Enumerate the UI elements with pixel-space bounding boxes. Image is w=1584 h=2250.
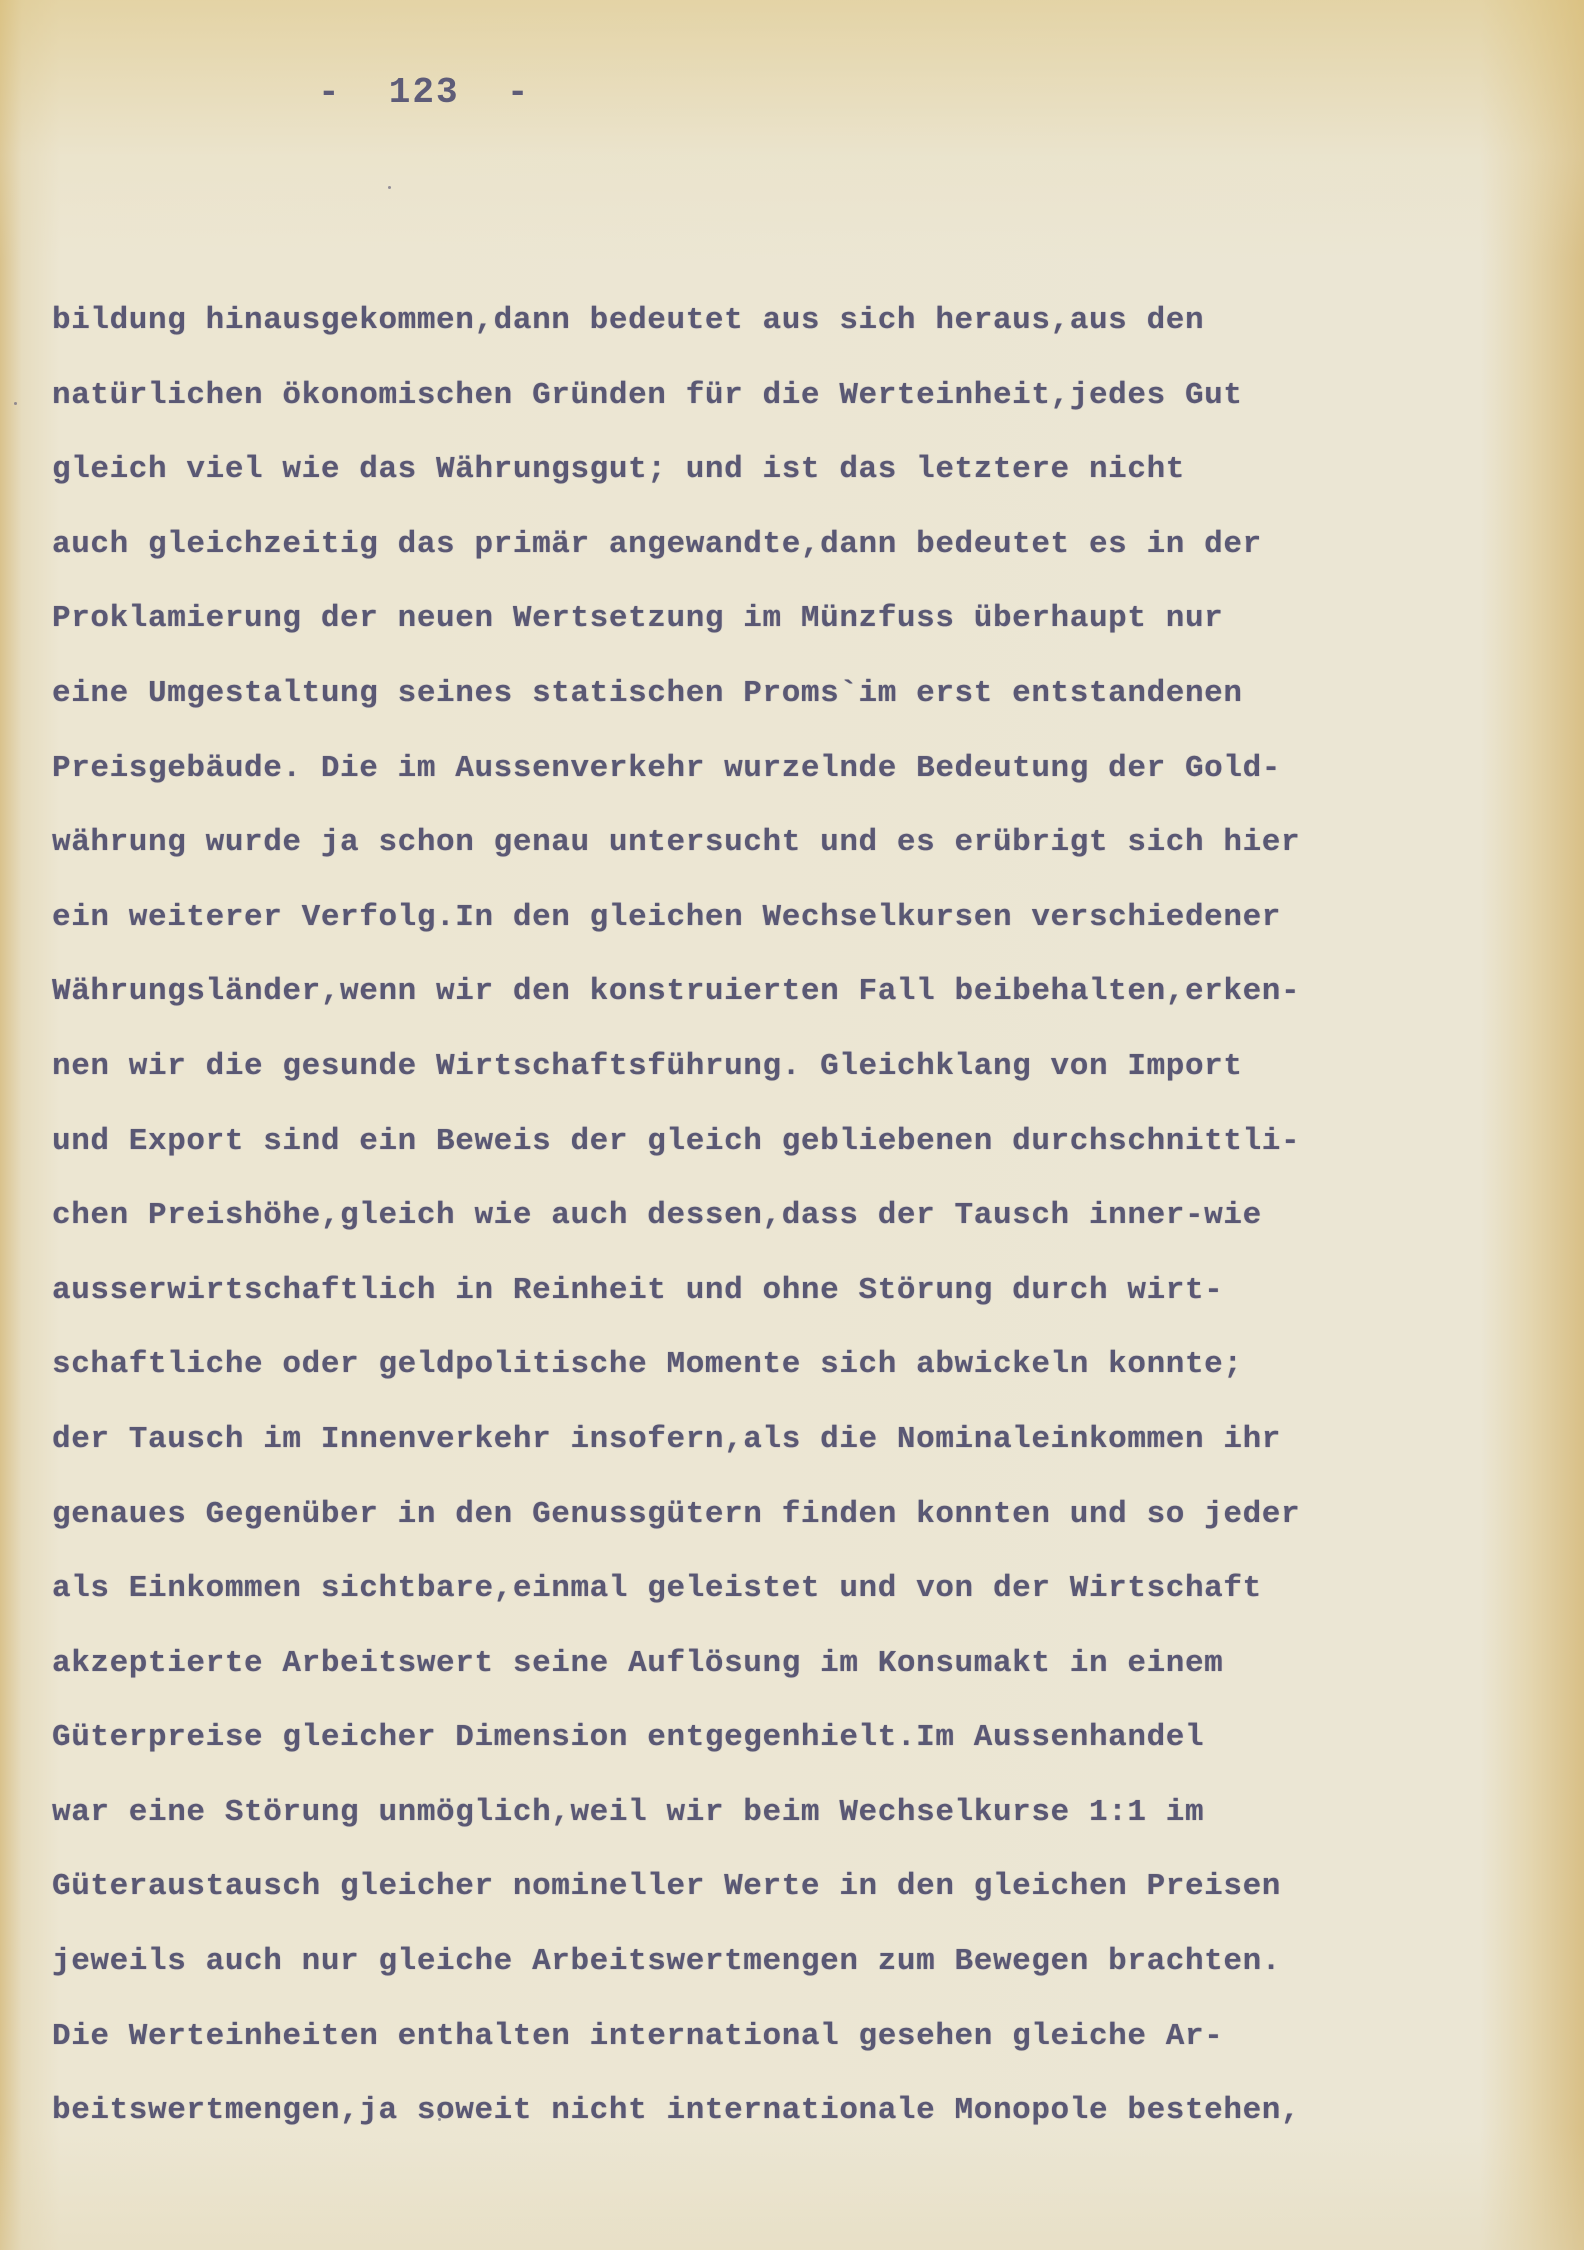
- text-line: nen wir die gesunde Wirtschaftsführung. …: [52, 1030, 1552, 1105]
- text-line: Die Werteinheiten enthalten internationa…: [52, 2000, 1552, 2075]
- text-line: eine Umgestaltung seines statischen Prom…: [52, 657, 1552, 732]
- page-number: - 123 -: [318, 72, 530, 113]
- text-line: chen Preishöhe,gleich wie auch dessen,da…: [52, 1179, 1552, 1254]
- text-line: währung wurde ja schon genau untersucht …: [52, 806, 1552, 881]
- typewritten-body: bildung hinausgekommen,dann bedeutet aus…: [52, 284, 1552, 2149]
- text-line: ein weiterer Verfolg.In den gleichen Wec…: [52, 881, 1552, 956]
- document-page: - 123 - bildung hinausgekommen,dann bede…: [0, 0, 1584, 2250]
- text-line: jeweils auch nur gleiche Arbeitswertmeng…: [52, 1925, 1552, 2000]
- text-line: auch gleichzeitig das primär angewandte,…: [52, 508, 1552, 583]
- text-line: war eine Störung unmöglich,weil wir beim…: [52, 1776, 1552, 1851]
- text-line: gleich viel wie das Währungsgut; und ist…: [52, 433, 1552, 508]
- text-line: ausserwirtschaftlich in Reinheit und ohn…: [52, 1254, 1552, 1329]
- text-line: als Einkommen sichtbare,einmal geleistet…: [52, 1552, 1552, 1627]
- text-line: beitswertmengen,ja soweit nicht internat…: [52, 2074, 1552, 2149]
- paper-speck: [14, 402, 17, 405]
- paper-speck: [388, 186, 391, 189]
- text-line: schaftliche oder geldpolitische Momente …: [52, 1328, 1552, 1403]
- text-line: Güterpreise gleicher Dimension entgegenh…: [52, 1701, 1552, 1776]
- text-line: der Tausch im Innenverkehr insofern,als …: [52, 1403, 1552, 1478]
- text-line: Güteraustausch gleicher nomineller Werte…: [52, 1850, 1552, 1925]
- text-line: natürlichen ökonomischen Gründen für die…: [52, 359, 1552, 434]
- text-line: und Export sind ein Beweis der gleich ge…: [52, 1105, 1552, 1180]
- text-line: akzeptierte Arbeitswert seine Auflösung …: [52, 1627, 1552, 1702]
- text-line: bildung hinausgekommen,dann bedeutet aus…: [52, 284, 1552, 359]
- text-line: Preisgebäude. Die im Aussenverkehr wurze…: [52, 732, 1552, 807]
- text-line: Währungsländer,wenn wir den konstruierte…: [52, 955, 1552, 1030]
- text-line: Proklamierung der neuen Wertsetzung im M…: [52, 582, 1552, 657]
- text-line: genaues Gegenüber in den Genussgütern fi…: [52, 1478, 1552, 1553]
- paper-speck: [438, 2118, 441, 2121]
